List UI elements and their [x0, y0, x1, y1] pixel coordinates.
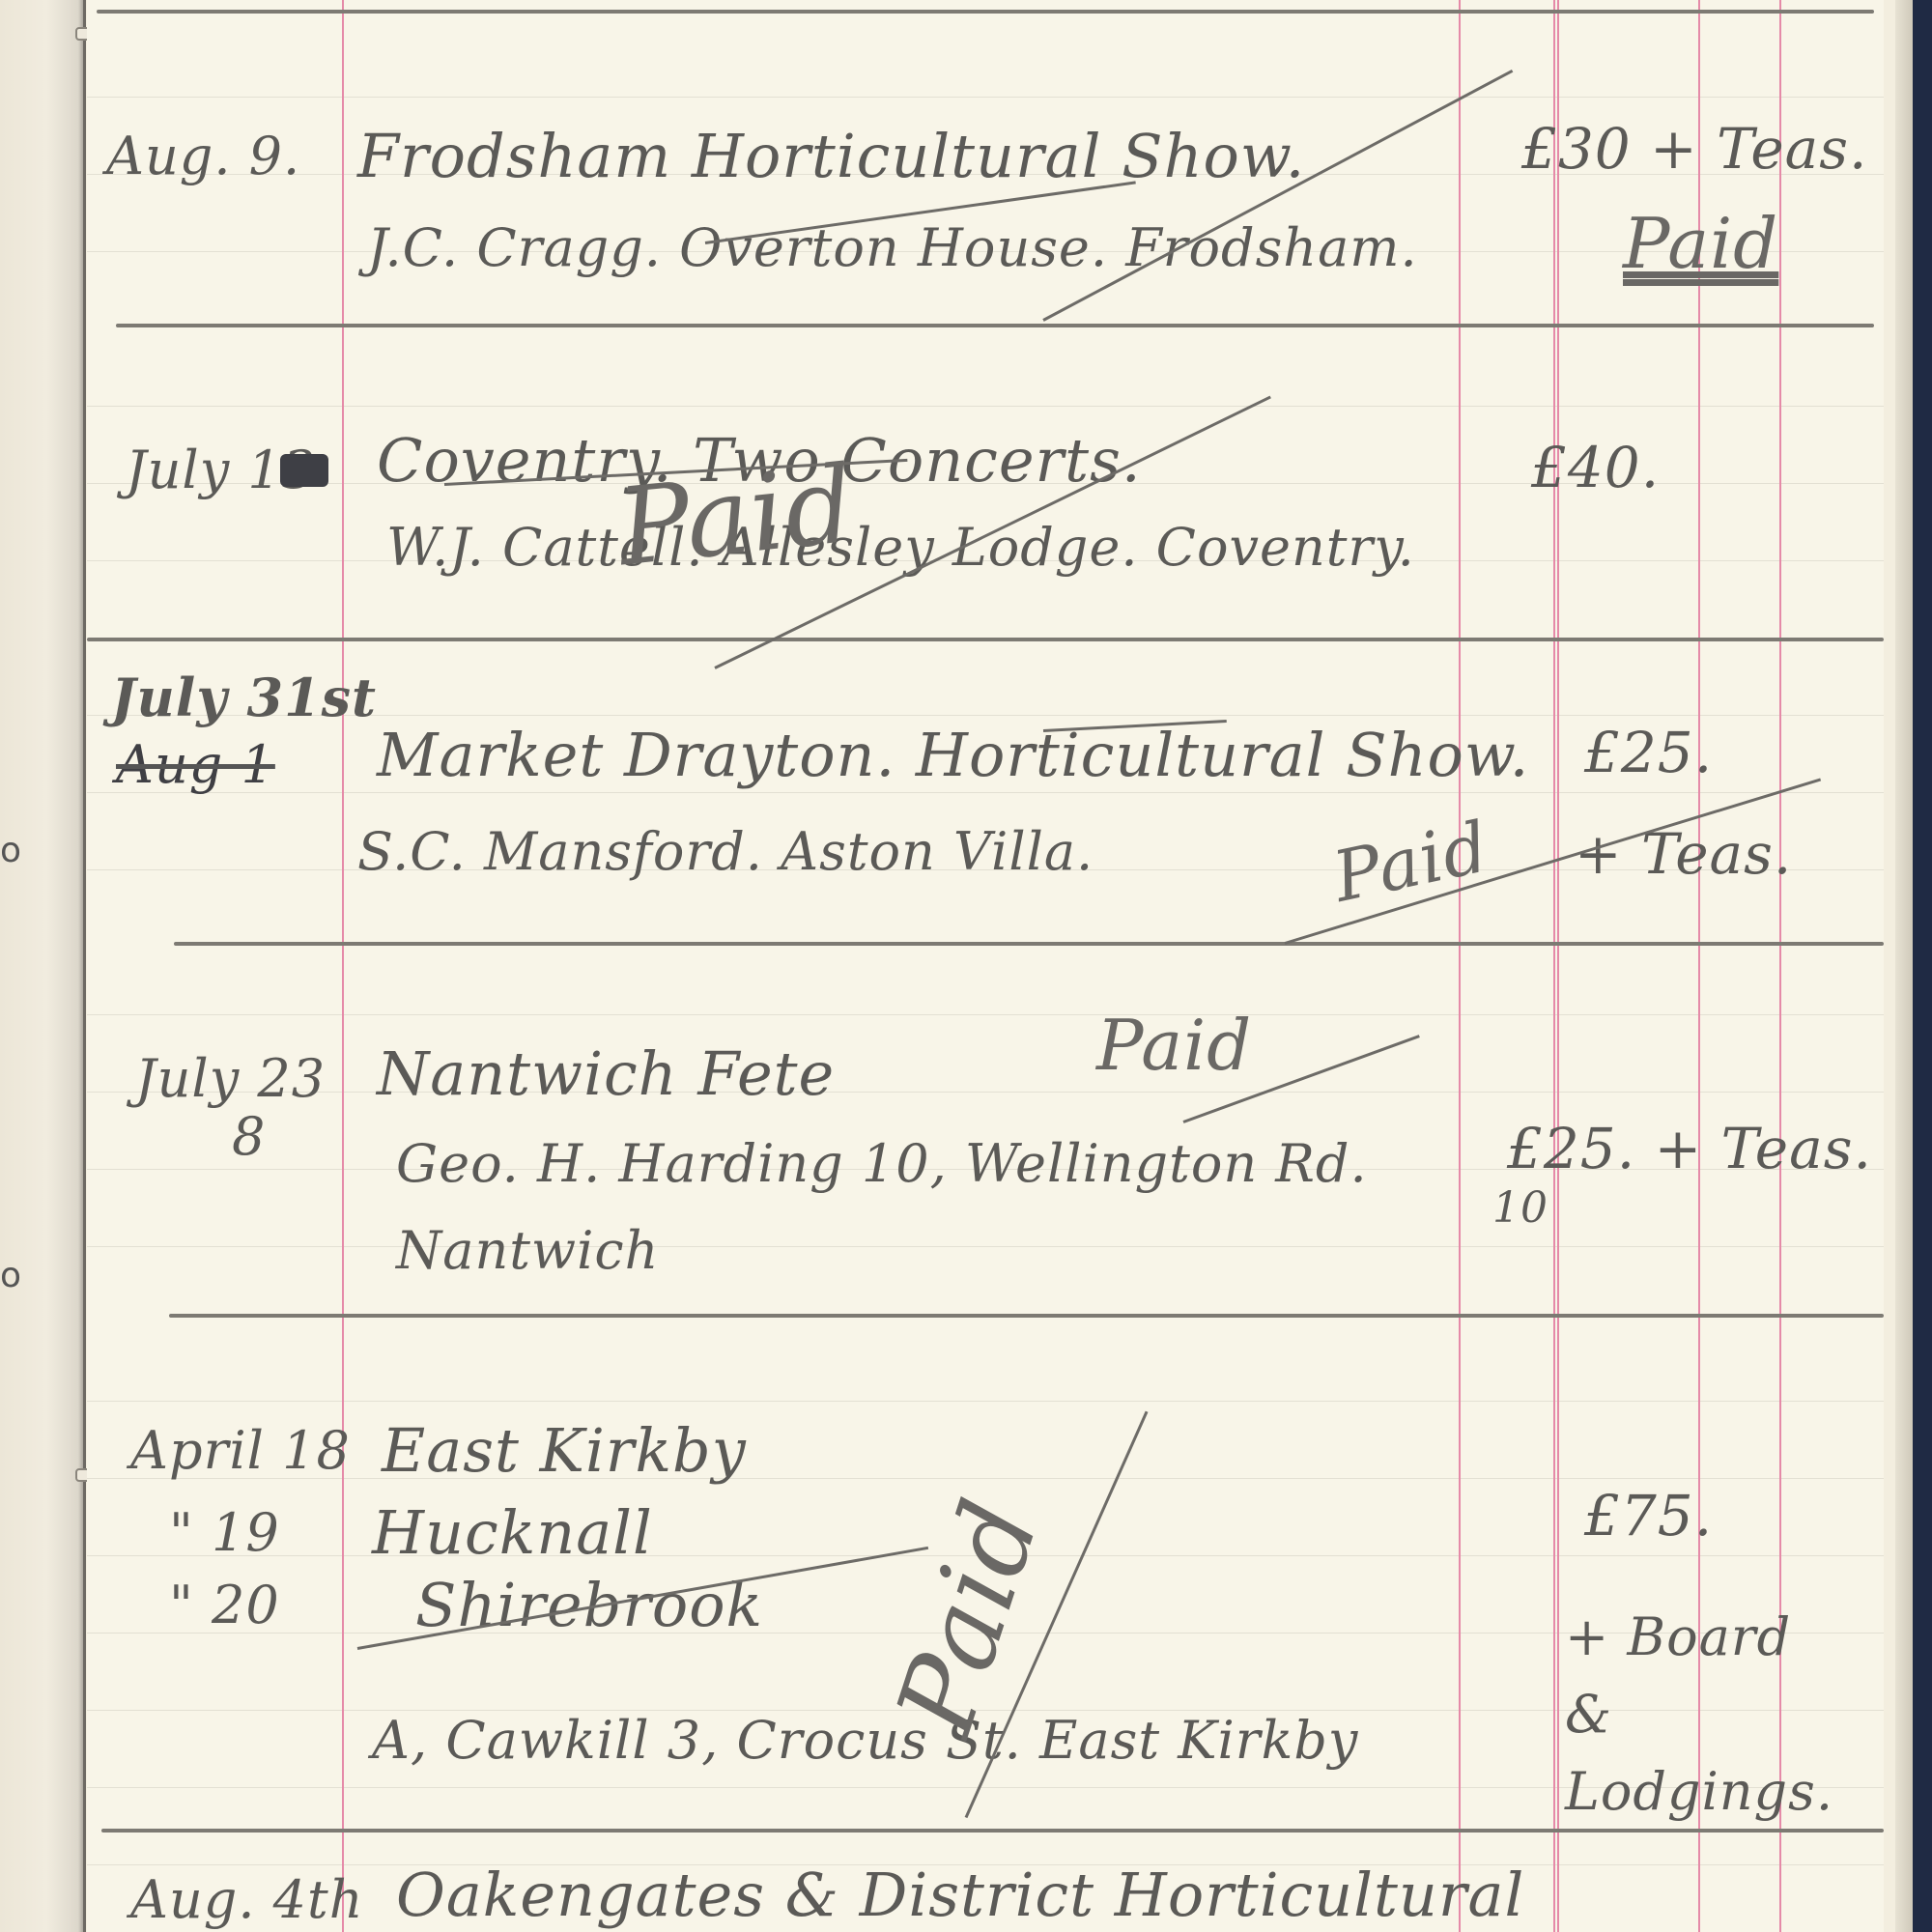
paid-annotation: Paid	[1096, 1005, 1252, 1086]
entry-date: Aug. 9.	[106, 126, 300, 186]
entry-contact: J.C. Cragg. Overton House. Frodsham.	[367, 217, 1418, 278]
entry-fee-note: + Teas.	[1575, 821, 1792, 887]
entry-contact: S.C. Mansford. Aston Villa.	[357, 821, 1094, 882]
entry-date: April 18	[130, 1420, 351, 1481]
entry-divider	[116, 324, 1874, 327]
date-column-rule	[342, 0, 344, 1932]
entry-date: " 20	[169, 1575, 280, 1635]
struck-out-date: Aug 1	[116, 734, 275, 795]
entry-divider	[87, 638, 1884, 641]
binding-gutter	[83, 0, 86, 1932]
entry-event: Nantwich Fete	[377, 1038, 835, 1109]
entry-fee: £75.	[1584, 1483, 1713, 1548]
entry-event: Oakengates & District Horticultural	[396, 1860, 1524, 1930]
entry-contact: Geo. H. Harding 10, Wellington Rd. Nantw…	[396, 1121, 1507, 1294]
entry-contact: A, Cawkill 3, Crocus St. East Kirkby	[372, 1710, 1358, 1771]
entry-date: July 23	[135, 1048, 326, 1109]
entry-event: Market Drayton. Horticultural Show.	[377, 720, 1529, 790]
entry-fee: £30 + Teas.	[1521, 116, 1867, 182]
entry-date: July 31st	[111, 667, 377, 728]
entry-date: Aug. 4th	[130, 1869, 364, 1930]
entry-event: Hucknall	[372, 1497, 653, 1568]
entry-fee-note: + Board & Lodgings.	[1565, 1599, 1855, 1831]
entry-fee: £40.	[1531, 435, 1660, 500]
facing-page-mark: o	[0, 831, 21, 870]
entry-fee: £25. + Teas.	[1507, 1116, 1872, 1181]
facing-page-mark: o	[0, 1256, 21, 1295]
page-edge	[1895, 0, 1913, 1932]
entry-divider	[97, 10, 1874, 14]
facing-page-edge	[0, 0, 85, 1932]
entry-fee-sub: 10	[1492, 1183, 1548, 1233]
entry-divider	[174, 942, 1884, 946]
entry-fee: £25.	[1584, 720, 1713, 785]
column-rule	[1459, 0, 1461, 1932]
entry-event: Frodsham Horticultural Show.	[357, 121, 1305, 191]
entry-contact: W.J. Cattell. Allesley Lodge. Coventry.	[386, 517, 1415, 578]
entry-event: East Kirkby	[382, 1415, 747, 1486]
pounds-column-rule	[1553, 0, 1559, 1932]
entry-divider	[169, 1314, 1884, 1318]
entry-date: " 19	[169, 1502, 280, 1563]
struck-out-date	[280, 454, 328, 487]
book-cover	[1913, 0, 1932, 1932]
paid-annotation: Paid	[1623, 203, 1778, 284]
entry-date-sub: 8	[232, 1106, 266, 1167]
